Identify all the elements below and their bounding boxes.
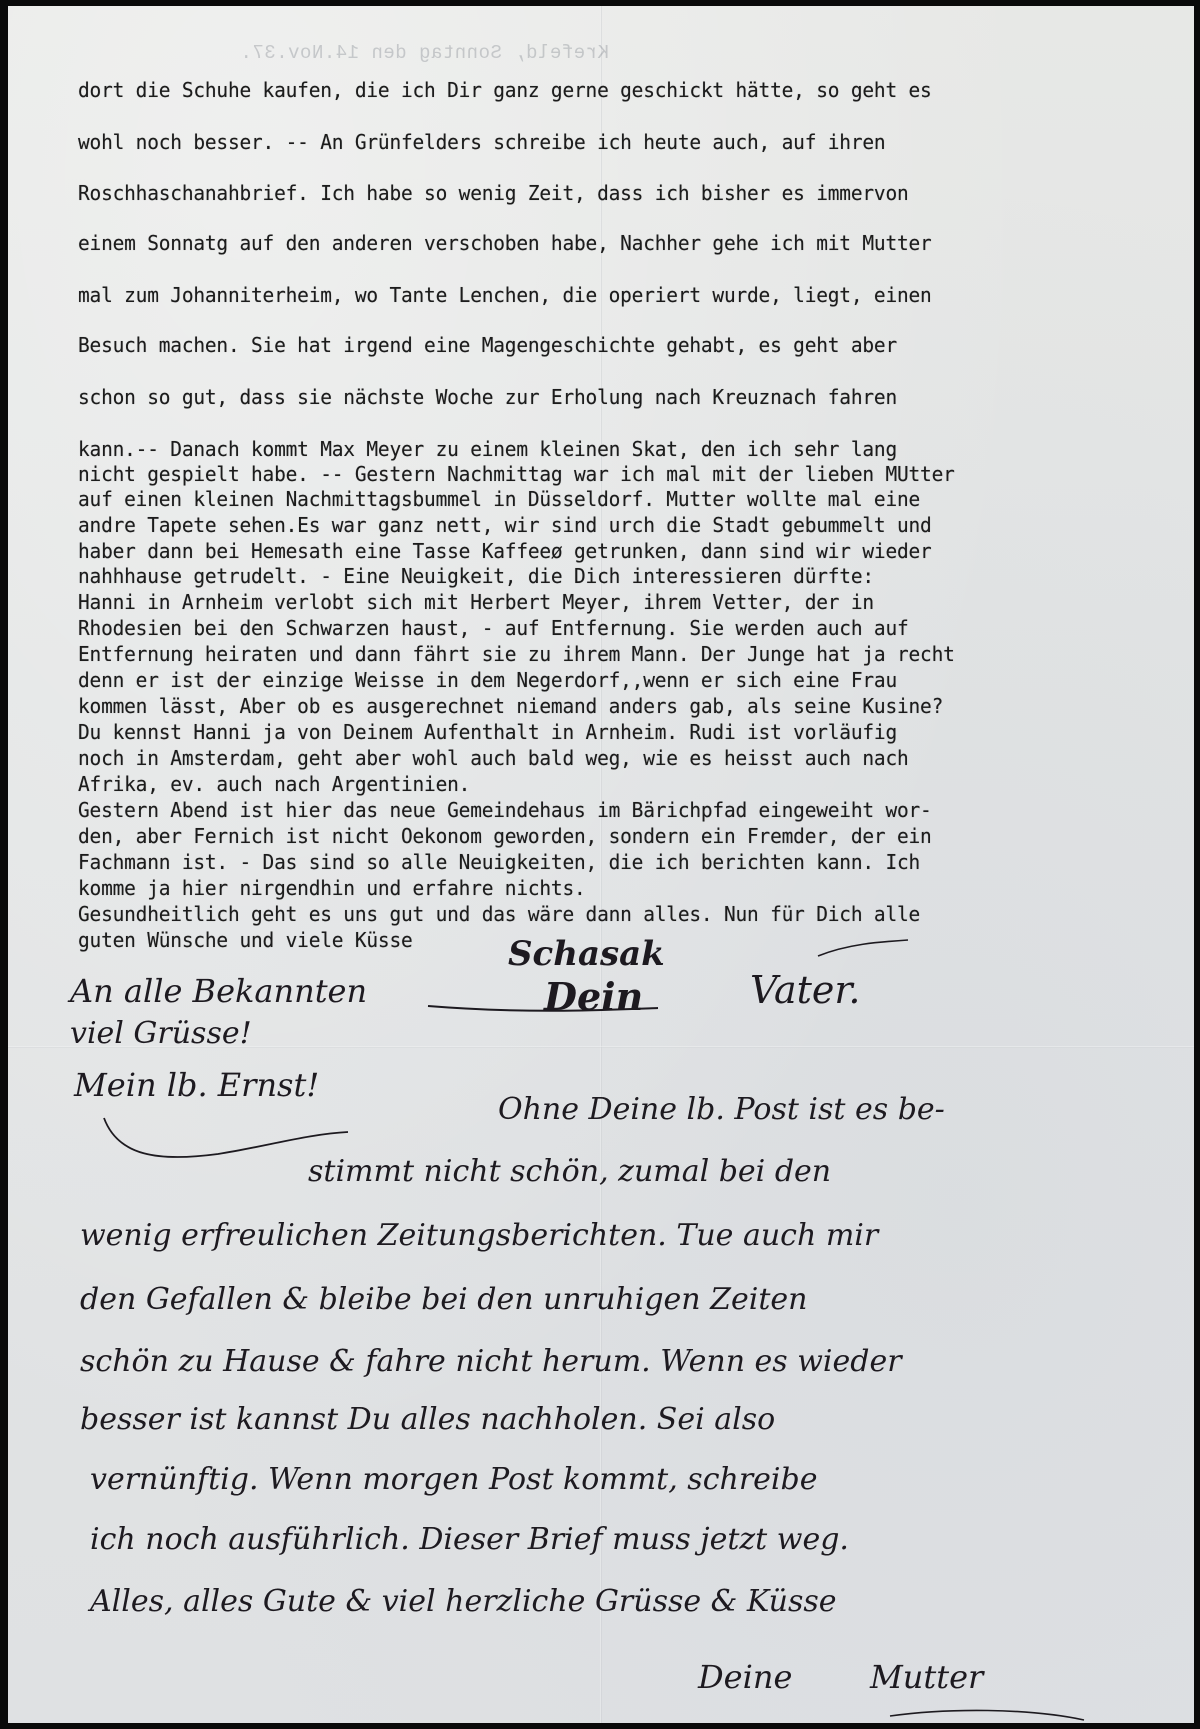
typed-line: mal zum Johanniterheim, wo Tante Lenchen… — [78, 283, 932, 307]
typed-line: auf einen kleinen Nachmittagsbummel in D… — [78, 487, 920, 511]
mother-line: schön zu Hause & fahre nicht herum. Wenn… — [80, 1344, 902, 1379]
bleed-through-header: Krefeld, Sonntag den 14.Nov.37. — [240, 42, 609, 64]
typed-line: dort die Schuhe kaufen, die ich Dir ganz… — [78, 78, 932, 102]
typed-line: andre Tapete sehen.Es war ganz nett, wir… — [78, 513, 932, 537]
typed-line: Besuch machen. Sie hat irgend eine Magen… — [78, 333, 897, 357]
mother-line: den Gefallen & bleibe bei den unruhigen … — [80, 1282, 807, 1317]
mother-salutation: Mein lb. Ernst! — [74, 1066, 319, 1104]
mother-signature: Mutter — [870, 1658, 983, 1696]
typed-line: denn er ist der einzige Weisse in dem Ne… — [78, 668, 897, 692]
mother-line: stimmt nicht schön, zumal bei den — [308, 1154, 831, 1189]
greeting-others-2: viel Grüsse! — [70, 1016, 252, 1051]
mother-line: ich noch ausführlich. Dieser Brief muss … — [90, 1522, 849, 1557]
typed-line: kommen lässt, Aber ob es ausgerechnet ni… — [78, 694, 943, 718]
typed-line: haber dann bei Hemesath eine Tasse Kaffe… — [78, 539, 932, 563]
mother-line: Alles, alles Gute & viel herzliche Grüss… — [90, 1584, 837, 1619]
typed-line: schon so gut, dass sie nächste Woche zur… — [78, 385, 897, 409]
typed-line: Gesundheitlich geht es uns gut und das w… — [78, 902, 920, 926]
mother-line: besser ist kannst Du alles nachholen. Se… — [80, 1402, 775, 1437]
typed-line: Fachmann ist. - Das sind so alle Neuigke… — [78, 850, 920, 874]
typed-line: Rhodesien bei den Schwarzen haust, - auf… — [78, 616, 909, 640]
typed-line: einem Sonnatg auf den anderen verschoben… — [78, 231, 932, 255]
typed-line: Afrika, ev. auch nach Argentinien. — [78, 772, 470, 796]
signature-underline-icon — [888, 1706, 1088, 1723]
typed-line: kann.-- Danach kommt Max Meyer zu einem … — [78, 437, 897, 461]
typed-line: Roschhaschanahbrief. Ich habe so wenig Z… — [78, 181, 909, 205]
typed-line: komme ja hier nirgendhin und erfahre nic… — [78, 876, 586, 900]
typed-line: Gestern Abend ist hier das neue Gemeinde… — [78, 798, 932, 822]
typed-line: Hanni in Arnheim verlobt sich mit Herber… — [78, 590, 874, 614]
mother-line: vernünftig. Wenn morgen Post kommt, schr… — [90, 1462, 817, 1497]
typed-line: den, aber Fernich ist nicht Oekonom gewo… — [78, 824, 932, 848]
typed-line: nicht gespielt habe. -- Gestern Nachmitt… — [78, 462, 955, 486]
typed-line: noch in Amsterdam, geht aber wohl auch b… — [78, 746, 909, 770]
mother-line: wenig erfreulichen Zeitungsberichten. Tu… — [80, 1218, 878, 1253]
typed-line: wohl noch besser. -- An Grünfelders schr… — [78, 130, 885, 154]
mother-closing: Deine — [698, 1658, 792, 1696]
father-flourish-icon — [48, 936, 908, 1016]
mother-line: Ohne Deine lb. Post ist es be- — [498, 1092, 945, 1127]
typed-line: nahhhause getrudelt. - Eine Neuigkeit, d… — [78, 564, 874, 588]
letter-page: Krefeld, Sonntag den 14.Nov.37. dort die… — [8, 6, 1194, 1723]
typed-line: Entfernung heiraten und dann fährt sie z… — [78, 642, 955, 666]
typed-line: Du kennst Hanni ja von Deinem Aufenthalt… — [78, 720, 897, 744]
